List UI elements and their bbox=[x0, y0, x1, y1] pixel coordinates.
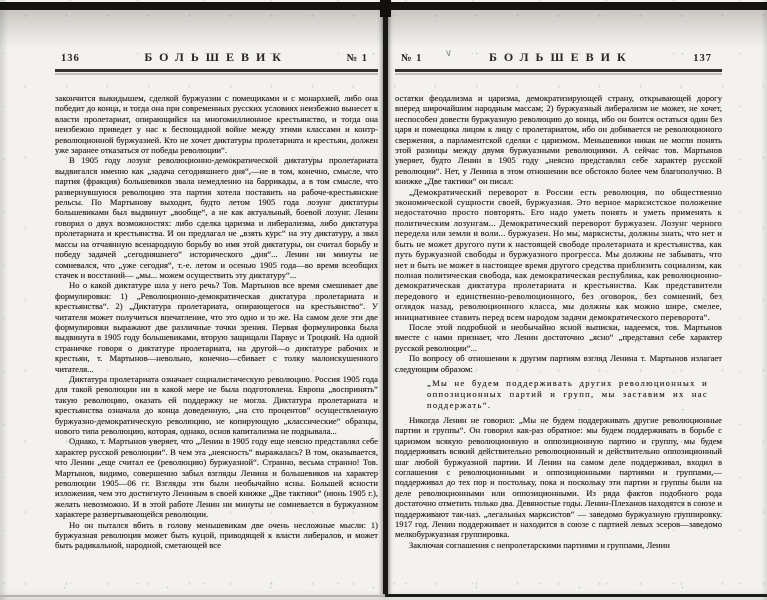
right-page: № 1 ∨ БОЛЬШЕВИК 137 остатки феодализма и… bbox=[395, 50, 722, 579]
journal-title-right: БОЛЬШЕВИК bbox=[489, 50, 633, 65]
page-gutter bbox=[383, 0, 388, 594]
paragraph: остатки феодализма и царизма, демократиз… bbox=[395, 93, 722, 187]
martynov-quote-block: „Мы не будем поддерживать других революц… bbox=[427, 378, 708, 411]
lenin-quote-paragraph: „Демократический переворот в России есть… bbox=[395, 187, 722, 322]
scan-right-shadow bbox=[761, 0, 767, 600]
paragraph: Но о какой диктатуре шла у него речь? То… bbox=[55, 280, 378, 374]
paragraph: закончится выкидышем, сделкой буржуазии … bbox=[55, 93, 378, 155]
right-page-text: остатки феодализма и царизма, демократиз… bbox=[395, 93, 722, 579]
page-gutter-top bbox=[380, 0, 391, 17]
left-header-rule bbox=[55, 69, 378, 76]
paragraph: Заключая соглашения с непролетарскими па… bbox=[395, 540, 722, 550]
paragraph: Диктатура пролетариата означает социалис… bbox=[55, 374, 378, 436]
scan-bottom-edge-left bbox=[0, 595, 385, 597]
left-page: 136 БОЛЬШЕВИК № 1 закончится выкидышем, … bbox=[55, 50, 378, 579]
paragraph: По вопросу об отношении к другим партиям… bbox=[395, 353, 722, 374]
journal-title-left: БОЛЬШЕВИК bbox=[144, 50, 288, 65]
paragraph: В 1905 году лозунг революционно-демократ… bbox=[55, 155, 378, 280]
right-page-header: № 1 ∨ БОЛЬШЕВИК 137 bbox=[395, 50, 722, 66]
issue-number-left: № 1 bbox=[347, 53, 368, 64]
left-page-text: закончится выкидышем, сделкой буржуазии … bbox=[55, 93, 378, 579]
book-scan: 136 БОЛЬШЕВИК № 1 закончится выкидышем, … bbox=[0, 0, 767, 600]
paragraph: Никогда Ленин не говорил: „Мы не будем п… bbox=[395, 415, 722, 540]
paragraph: Но он пытался вбить в голову меньшевикам… bbox=[55, 520, 378, 551]
scan-bottom-edge-right bbox=[385, 594, 767, 597]
right-header-rule bbox=[395, 69, 722, 76]
paragraph: После этой подробной и необычайно ясной … bbox=[395, 322, 722, 353]
paragraph: Однако, т. Мартынов уверяет, что „Ленин … bbox=[55, 436, 378, 519]
right-page-number: 137 bbox=[693, 53, 712, 64]
pencil-check-mark: ∨ bbox=[444, 48, 453, 60]
left-page-header: 136 БОЛЬШЕВИК № 1 bbox=[55, 50, 378, 66]
scan-left-shadow bbox=[0, 0, 8, 600]
issue-number-right: № 1 bbox=[401, 53, 422, 64]
left-page-number: 136 bbox=[61, 53, 80, 64]
